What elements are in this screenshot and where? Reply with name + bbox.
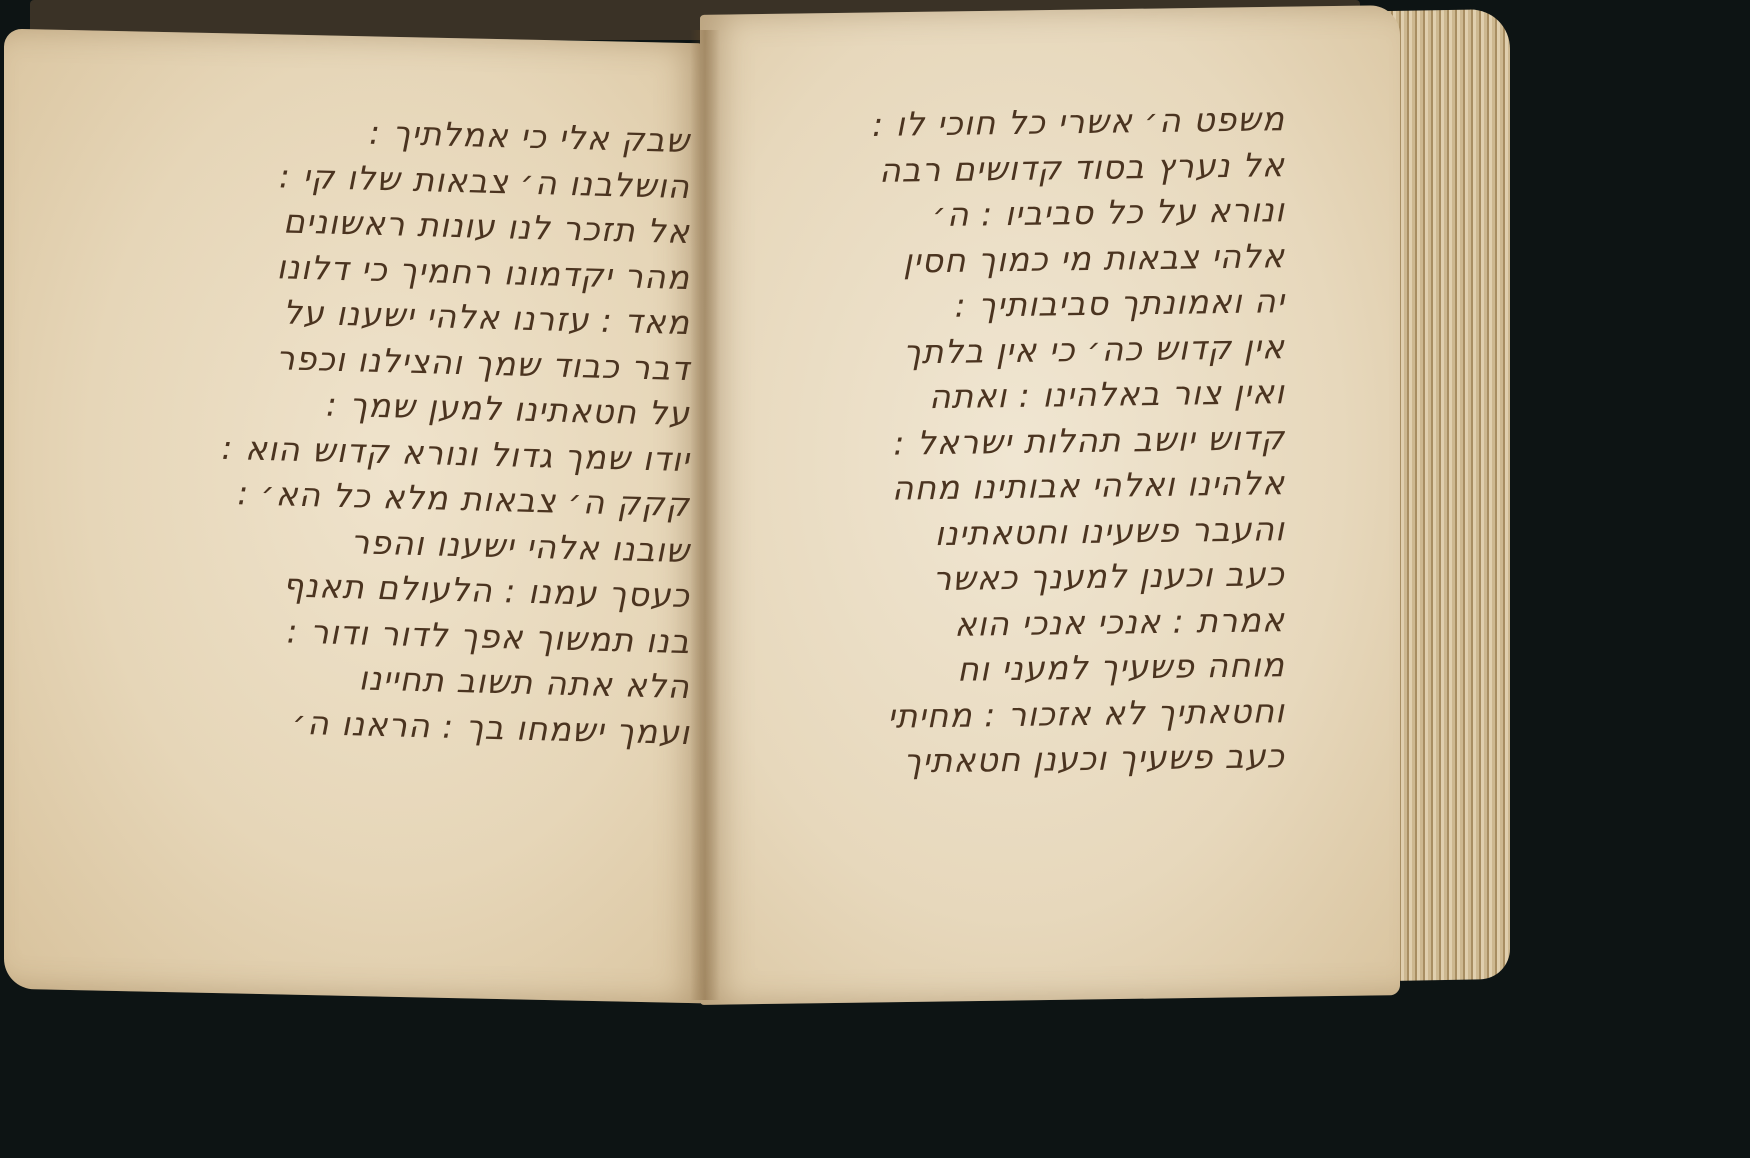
open-manuscript: שבק אלי כי אמלתיך : הושלבנו ה׳ צבאות שלו… [0, 0, 1568, 1038]
book-gutter [690, 30, 720, 1000]
text-line: קדוש יושב תהלות ישראל : [740, 415, 1285, 468]
text-line: כעב וכענן למענך כאשר [740, 551, 1285, 604]
left-page-text: שבק אלי כי אמלתיך : הושלבנו ה׳ צבאות שלו… [70, 102, 690, 755]
text-line: מוחה פשעיך למעני וח [740, 642, 1285, 695]
text-line: אמרת : אנכי אנכי הוא [740, 597, 1285, 650]
text-line: אלהינו ואלהי אבותינו מחה [740, 460, 1285, 513]
right-page-text: משפט ה׳ אשרי כל חוכי לו : אל נערץ בסוד ק… [740, 96, 1285, 786]
text-line: משפט ה׳ אשרי כל חוכי לו : [740, 96, 1285, 149]
text-line: אין קדוש כה׳ כי אין בלתך [740, 324, 1285, 377]
text-line: והעבר פשעינו וחטאתינו [740, 506, 1285, 559]
text-line: וחטאתיך לא אזכור : מחיתי [740, 688, 1285, 741]
text-line: אל נערץ בסוד קדושים רבה [740, 142, 1285, 195]
text-line: ואין צור באלהינו : ואתה [740, 369, 1285, 422]
text-line: כעב פשעיך וכענן חטאתיך [740, 733, 1285, 786]
text-line: ונורא על כל סביביו : ה׳ [740, 187, 1285, 240]
text-line: אלהי צבאות מי כמוך חסין [740, 233, 1285, 286]
text-line: יה ואמונתך סביבותיך : [740, 278, 1285, 331]
